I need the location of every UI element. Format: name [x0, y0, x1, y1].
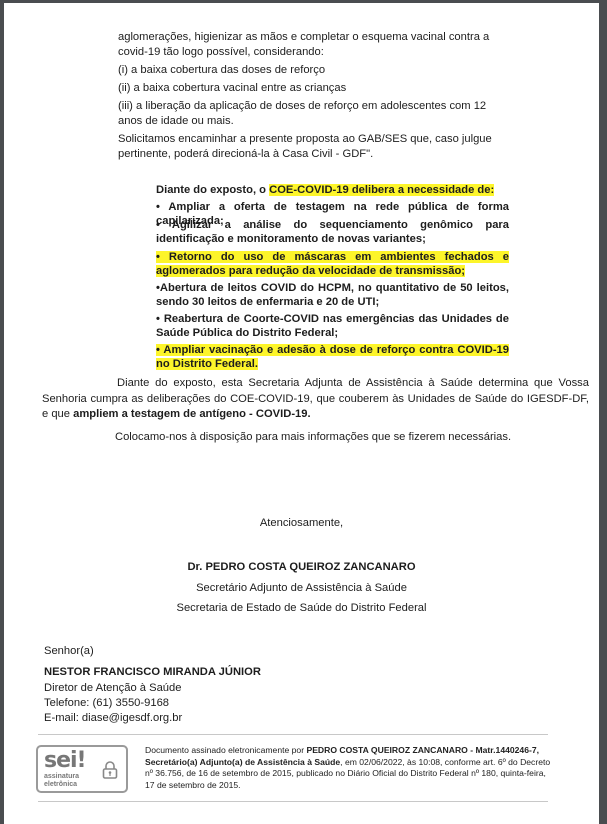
- recipient-email[interactable]: E-mail: diase@igesdf.org.br: [44, 711, 182, 725]
- request-line-2: pertinente, poderá direcioná-la à Casa C…: [118, 147, 373, 161]
- sei-signature-logo: sei! assinatura eletrônica: [36, 745, 128, 793]
- sei-logo-subtitle: assinatura eletrônica: [44, 773, 79, 788]
- consideration-1: (i) a baixa cobertura das doses de refor…: [118, 63, 325, 77]
- padlock-icon: [102, 761, 118, 779]
- footer-divider-top: [38, 734, 548, 735]
- coe-intro-highlight: COE-COVID-19 delibera a necessidade de:: [269, 184, 494, 196]
- recipient-role: Diretor de Atenção à Saúde: [44, 681, 181, 695]
- consideration-2: (ii) a baixa cobertura vacinal entre as …: [118, 81, 346, 95]
- determination-paragraph: Diante do exposto, esta Secretaria Adjun…: [42, 376, 589, 423]
- salutation: Atenciosamente,: [4, 516, 599, 530]
- signer-role: Secretário Adjunto de Assistência à Saúd…: [4, 581, 599, 595]
- deliberation-2: • Agilizar a análise do sequenciamento g…: [156, 218, 509, 246]
- footer-divider-bottom: [38, 801, 548, 802]
- deliberation-5: • Reabertura de Coorte-COVID nas emergên…: [156, 312, 509, 340]
- deliberation-4: •Abertura de leitos COVID do HCPM, no qu…: [156, 281, 509, 309]
- deliberation-6: • Ampliar vacinação e adesão à dose de r…: [156, 343, 509, 371]
- document-page: aglomerações, higienizar as mãos e compl…: [4, 3, 599, 824]
- intro-line-2: covid-19 tão logo possível, considerando…: [118, 45, 324, 59]
- recipient-greeting: Senhor(a): [44, 644, 94, 658]
- recipient-phone: Telefone: (61) 3550-9168: [44, 696, 169, 710]
- recipient-name: NESTOR FRANCISCO MIRANDA JÚNIOR: [44, 665, 261, 679]
- sei-logo-word: sei!: [44, 749, 86, 773]
- request-line-1: Solicitamos encaminhar a presente propos…: [118, 132, 492, 146]
- signature-footer-text: Documento assinado eletronicamente por P…: [145, 745, 555, 791]
- consideration-3: (iii) a liberação da aplicação de doses …: [118, 99, 486, 113]
- signer-name: Dr. PEDRO COSTA QUEIROZ ZANCANARO: [4, 560, 599, 574]
- coe-intro: Diante do exposto, o COE-COVID-19 delibe…: [156, 183, 494, 197]
- consideration-3-cont: anos de idade ou mais.: [118, 114, 234, 128]
- closing-offer: Colocamo-nos à disposição para mais info…: [115, 430, 511, 444]
- signer-org: Secretaria de Estado de Saúde do Distrit…: [4, 601, 599, 615]
- viewer-scrollbar[interactable]: [599, 0, 607, 824]
- deliberation-3: • Retorno do uso de máscaras em ambiente…: [156, 250, 509, 278]
- coe-intro-prefix: Diante do exposto, o: [156, 184, 269, 196]
- intro-line-1: aglomerações, higienizar as mãos e compl…: [118, 30, 489, 44]
- determination-bold: ampliem a testagem de antígeno - COVID-1…: [73, 408, 310, 420]
